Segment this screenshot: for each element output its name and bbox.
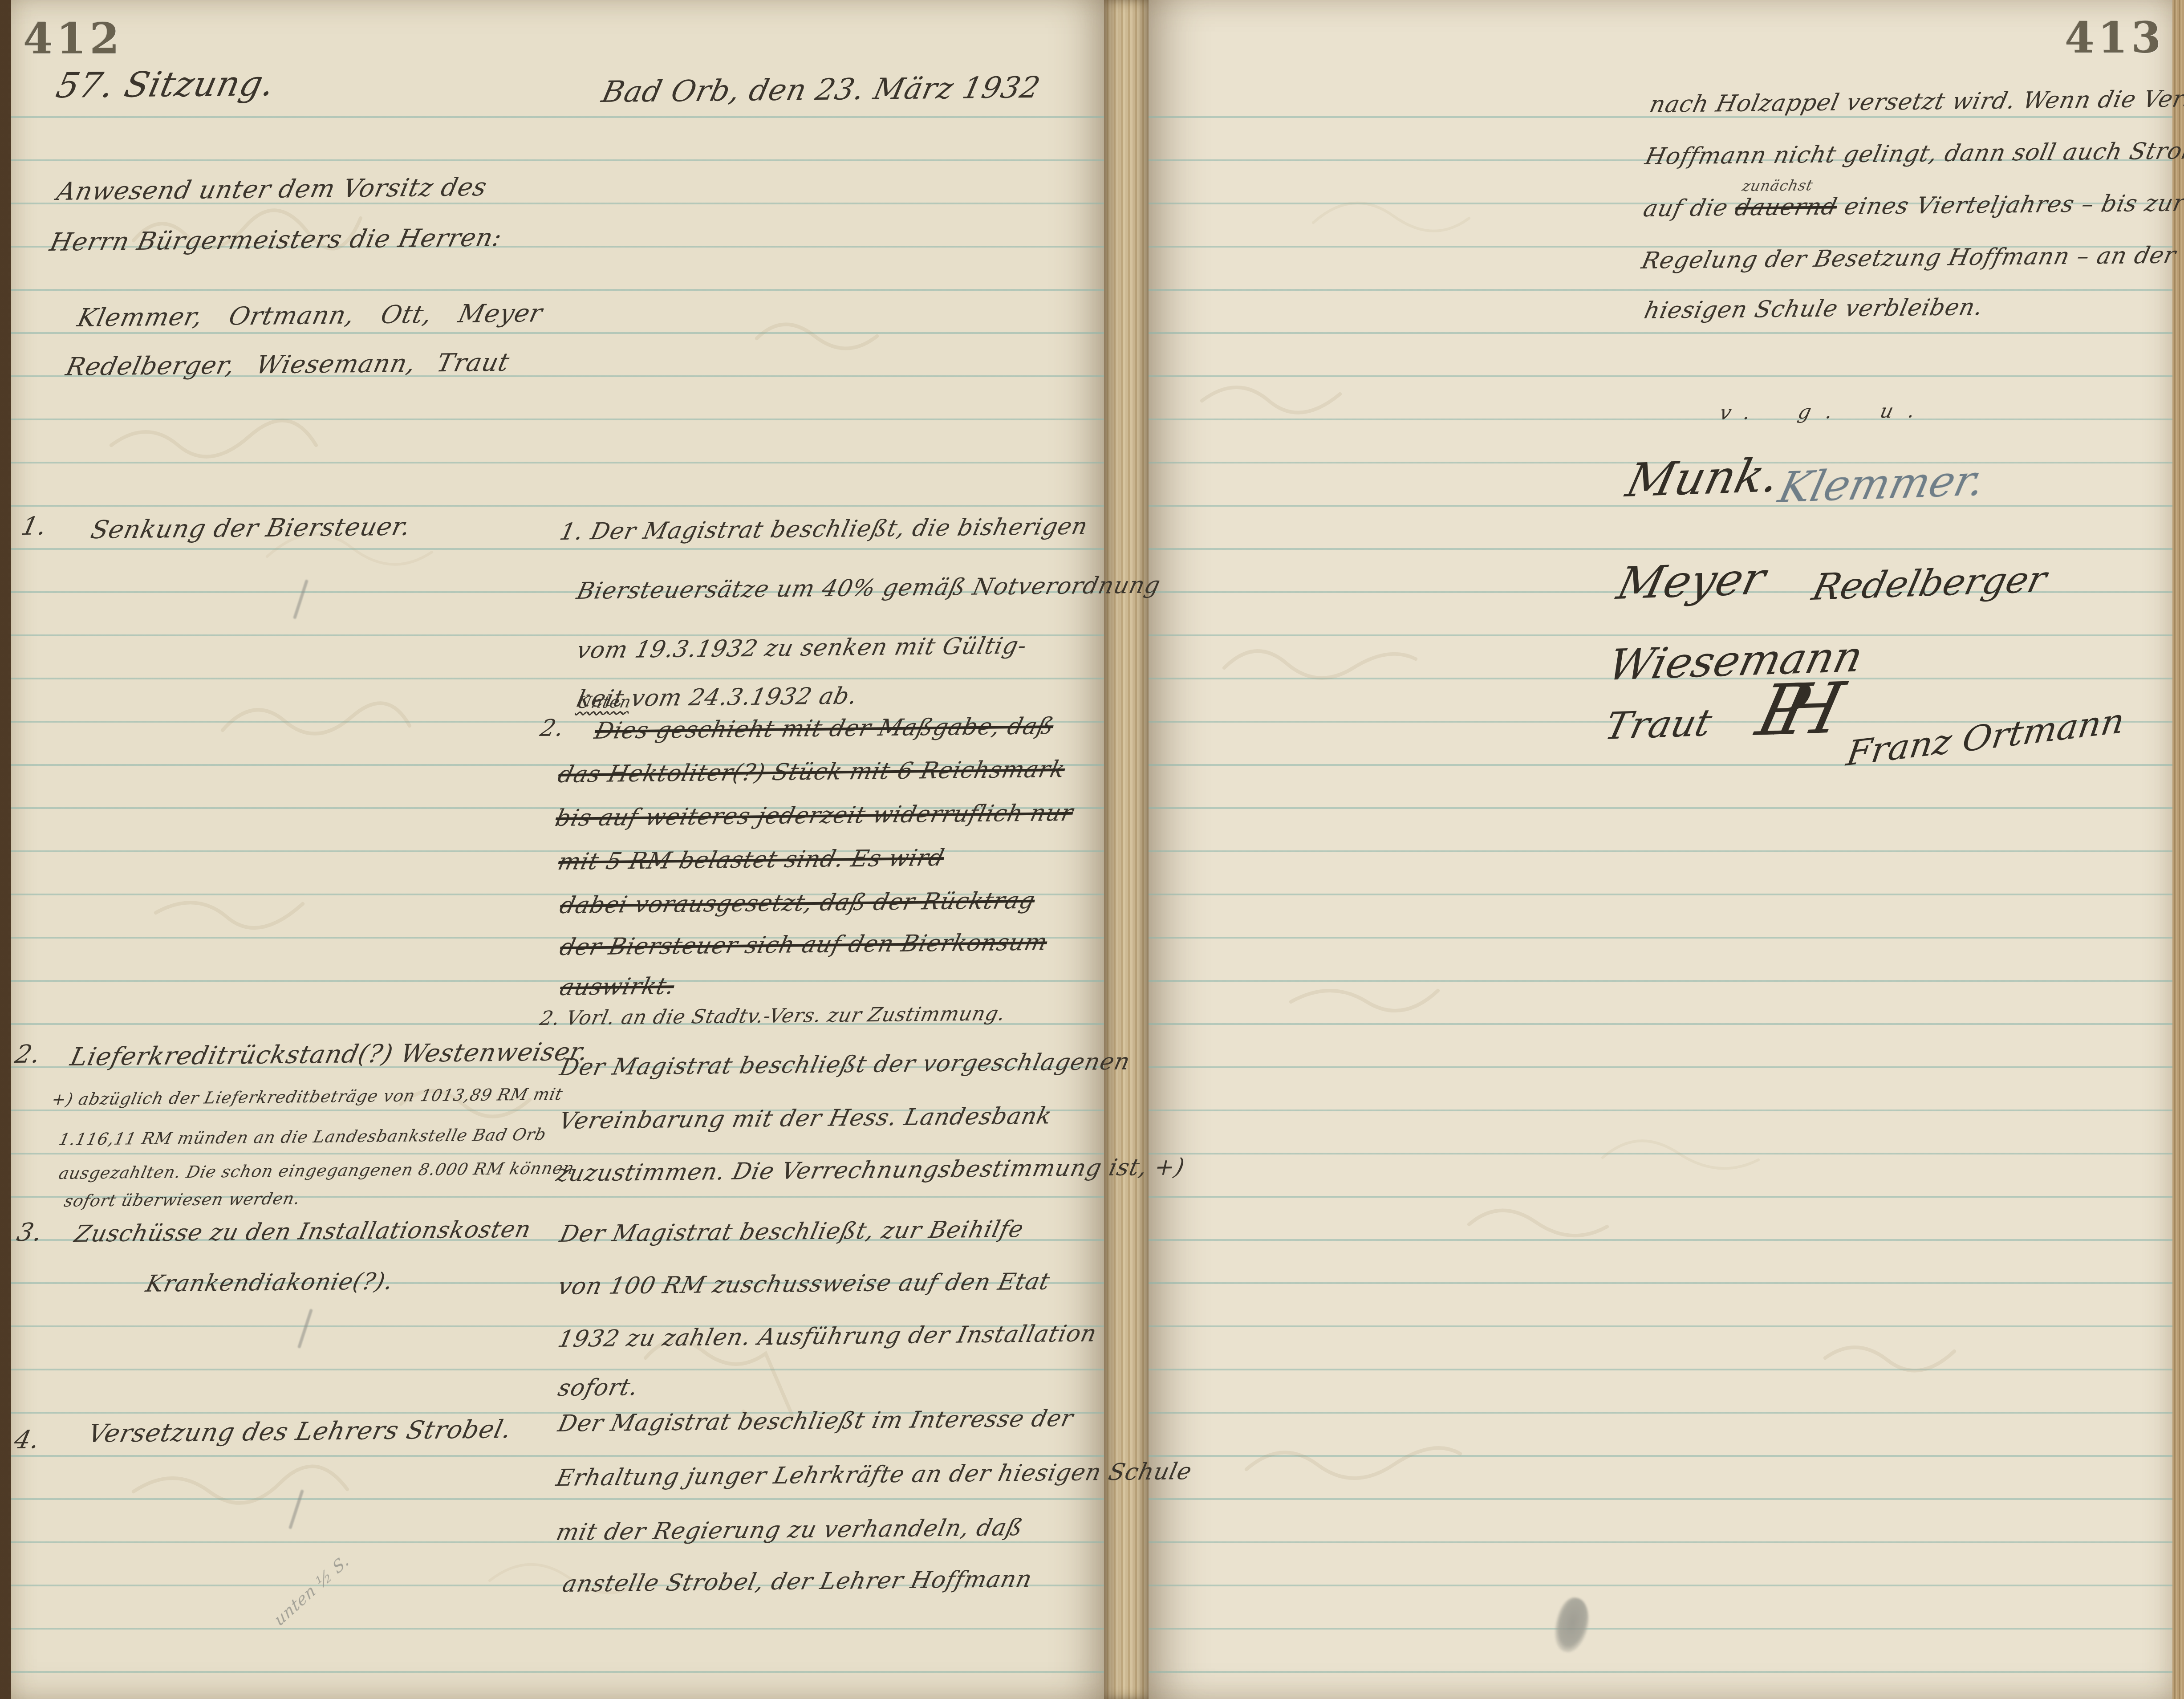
- struck-line: Dies geschieht mit der Maßgabe, daß: [592, 713, 1056, 744]
- item-4-title: Versetzung des Lehrers Strobel.: [85, 1415, 515, 1448]
- item-3-resolution-line: Der Magistrat beschließt, zur Beihilfe: [557, 1216, 1026, 1248]
- inserted-word-zunaechst: zunächst: [1741, 176, 1815, 195]
- signature-traut: Traut: [1601, 701, 1716, 748]
- continuation-line-5: hiesigen Schule verbleiben.: [1642, 294, 1985, 324]
- item-4-resolution-line: anstelle Strobel, der Lehrer Hoffmann: [560, 1566, 1035, 1597]
- item-1-resolution-line: 1. Der Magistrat beschließt, die bisheri…: [557, 513, 1090, 545]
- item-4-resolution-line: mit der Regierung zu verhandeln, daß: [554, 1514, 1025, 1546]
- signature-wiesemann: Wiesemann: [1603, 631, 1868, 690]
- item-1-resolution-line: vom 19.3.1932 zu senken mit Gültig-: [574, 632, 1029, 664]
- page-number-412: 412: [23, 13, 123, 64]
- date-line: Bad Orb, den 23. März 1932: [599, 70, 1043, 109]
- attendees-row-2: Redelberger, Wiesemann, Traut: [63, 348, 512, 382]
- signature-buergermeister: Munk.: [1621, 448, 1785, 508]
- continuation-line-4: Regelung der Besetzung Hoffmann – an der: [1639, 242, 2179, 274]
- item-3-resolution-line: 1932 zu zahlen. Ausführung der Installat…: [556, 1320, 1099, 1353]
- item-2-resolution-line: Vereinbarung mit der Hess. Landesbank: [556, 1102, 1055, 1134]
- signature-meyer: Meyer: [1612, 553, 1770, 610]
- item-3-title-line-2: Krankendiakonie(?).: [143, 1268, 396, 1297]
- struck-line: der Biersteuer sich auf den Bierkonsum: [557, 929, 1050, 961]
- item-2-margin-note-line: sofort überwiesen werden.: [62, 1189, 302, 1211]
- ledger-spread-photo: 412 413 57. Sitzung. Bad Orb, den 23. Mä…: [0, 0, 2184, 1699]
- continuation-struck-word: dauernd: [1733, 193, 1840, 221]
- attendance-line-2: Herrn Bürgermeisters die Herren:: [47, 223, 505, 257]
- session-title: 57. Sitzung.: [53, 64, 279, 106]
- item-4-resolution-line: Der Magistrat beschließt im Interesse de…: [556, 1405, 1076, 1437]
- attendees-row-1: Klemmer, Ortmann, Ott, Meyer: [75, 299, 545, 333]
- continuation-line-3-pre: auf die: [1641, 195, 1738, 222]
- page-number-413: 413: [2065, 12, 2164, 63]
- item-3-title-line-1: Zuschüsse zu den Installationskosten: [72, 1216, 534, 1248]
- attendance-line-1: Anwesend unter dem Vorsitz des: [54, 173, 490, 206]
- continuation-line-2: Hoffmann nicht gelingt, dann soll auch S…: [1643, 138, 2184, 170]
- struck-line: mit 5 RM belastet sind. Es wird: [556, 845, 947, 875]
- continuation-line-3: auf die dauernd eines Vierteljahres – bi…: [1641, 190, 2184, 222]
- ruled-lines-right: [1149, 116, 2172, 1699]
- struck-line: auswirkt.: [557, 973, 677, 1001]
- struck-line: das Hektoliter(?) Stück mit 6 Reichsmark: [556, 756, 1068, 788]
- struck-line: bis auf weiteres jederzeit widerruflich …: [553, 800, 1076, 832]
- item-2-title: Lieferkreditrückstand(?) Westenweiser.: [68, 1037, 591, 1072]
- signature-klemmer: Klemmer.: [1774, 457, 1989, 512]
- book-gutter-fold: [1104, 0, 1149, 1699]
- struck-line: dabei vorausgesetzt, daß der Rücktrag: [557, 887, 1038, 919]
- continuation-line-3-post: eines Vierteljahres – bis zur: [1834, 190, 2184, 220]
- item-1-title: Senkung der Biersteuer.: [88, 512, 414, 545]
- signature-redelberger: Redelberger: [1808, 558, 2051, 609]
- item-3-resolution-line: von 100 RM zuschussweise auf den Etat: [556, 1268, 1052, 1300]
- item-3-resolution-line: sofort.: [556, 1374, 641, 1402]
- closing-vgu: v. g. u.: [1717, 399, 1932, 424]
- correction-note-unten: Unten: [575, 692, 633, 712]
